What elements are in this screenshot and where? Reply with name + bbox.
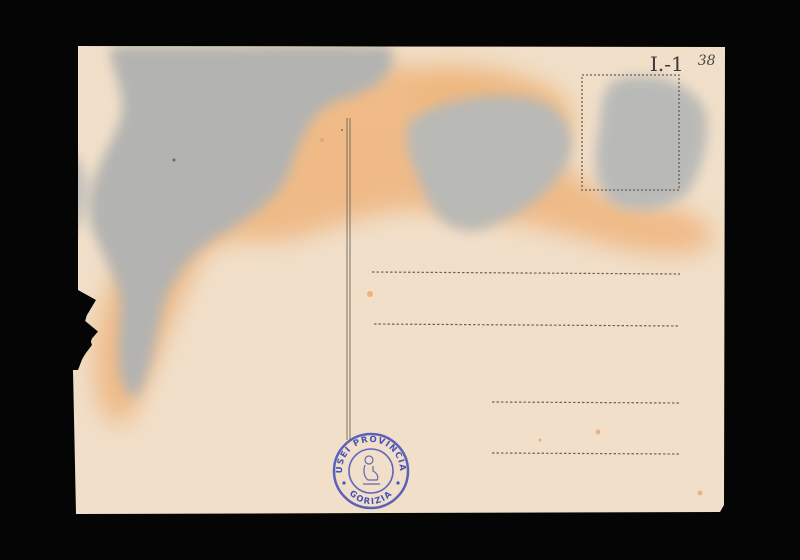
handwritten-inventory-mark: I.-138 xyxy=(650,52,716,76)
photo-scene: MUSEI PROVINCIALI GORIZIA I.-138 xyxy=(0,0,800,560)
handwritten-mark: I.-1 xyxy=(650,52,684,76)
postcard-photo: MUSEI PROVINCIALI GORIZIA xyxy=(0,0,800,560)
handwritten-number: 38 xyxy=(698,53,716,69)
